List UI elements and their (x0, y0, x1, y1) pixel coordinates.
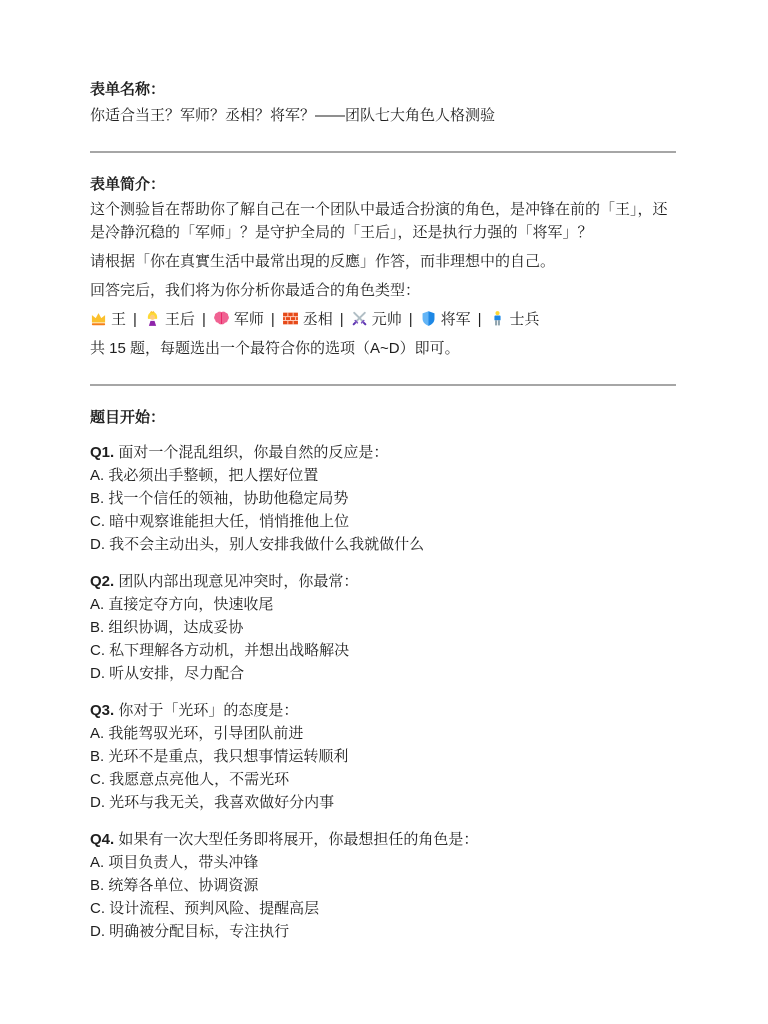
intro-label: 表单简介： (90, 173, 676, 196)
form-name-label: 表单名称： (90, 78, 676, 101)
role-label: 士兵 (510, 311, 540, 328)
question-option: B. 找一个信任的领袖，协助他稳定局势 (90, 490, 348, 507)
questions-start-label: 题目开始： (90, 406, 676, 429)
role-label: 军师 (234, 311, 264, 328)
role-separator: | (340, 311, 344, 328)
role-label: 将军 (441, 311, 471, 328)
question-option: C. 暗中观察谁能担大任，悄悄推他上位 (90, 513, 349, 530)
question-block: Q4. 如果有一次大型任务即将展开，你最想担任的角色是：A. 项目负责人，带头冲… (90, 828, 676, 943)
question-option: C. 我愿意点亮他人，不需光环 (90, 771, 289, 788)
question-number: Q4. (90, 831, 114, 848)
section-divider (90, 151, 676, 153)
shield-icon (420, 308, 437, 331)
role-label: 丞相 (303, 311, 333, 328)
question-option: C. 私下理解各方动机，并想出战略解决 (90, 642, 349, 659)
role-label: 王 (111, 311, 126, 328)
question-option: B. 统筹各单位、协调资源 (90, 877, 258, 894)
question-count-line: 共 15 题，每题选出一个最符合你的选项（A~D）即可。 (90, 337, 676, 360)
role-label: 王后 (165, 311, 195, 328)
role-separator: | (202, 311, 206, 328)
questions-list: Q1. 面对一个混乱组织，你最自然的反应是：A. 我必须出手整顿，把人摆好位置B… (90, 441, 676, 943)
question-option: D. 听从安排，尽力配合 (90, 665, 244, 682)
crossed-swords-icon (351, 308, 368, 331)
brain-icon (213, 308, 230, 331)
intro-paragraph: 这个测验旨在帮助你了解自己在一个团队中最适合扮演的角色，是冲锋在前的「王」，还是… (90, 198, 676, 244)
role-separator: | (409, 311, 413, 328)
question-number: Q1. (90, 444, 114, 461)
question-option: D. 光环与我无关，我喜欢做好分内事 (90, 794, 334, 811)
form-name-value: 你适合当王？军师？丞相？将军？——团队七大角色人格测验 (90, 104, 676, 127)
intro-paragraph: 回答完后，我们将为你分析你最适合的角色类型： (90, 279, 676, 302)
role-separator: | (271, 311, 275, 328)
roles-line: 王|王后|军师|丞相|元帅|将军|士兵 (90, 308, 676, 331)
crown-icon (90, 308, 107, 331)
question-option: A. 项目负责人，带头冲锋 (90, 854, 258, 871)
question-block: Q1. 面对一个混乱组织，你最自然的反应是：A. 我必须出手整顿，把人摆好位置B… (90, 441, 676, 556)
question-option: D. 明确被分配目标，专注执行 (90, 923, 289, 940)
question-option: A. 直接定夺方向，快速收尾 (90, 596, 273, 613)
question-number: Q2. (90, 573, 114, 590)
soldier-icon (489, 308, 506, 331)
question-option: D. 我不会主动出头，别人安排我做什么我就做什么 (90, 536, 424, 553)
document-page: 表单名称： 你适合当王？军师？丞相？将军？——团队七大角色人格测验 表单简介： … (0, 0, 768, 997)
role-separator: | (133, 311, 137, 328)
bricks-icon (282, 308, 299, 331)
question-option: B. 光环不是重点，我只想事情运转顺利 (90, 748, 348, 765)
question-block: Q3. 你对于「光环」的态度是：A. 我能驾驭光环，引导团队前进B. 光环不是重… (90, 699, 676, 814)
question-option: B. 组织协调，达成妥协 (90, 619, 243, 636)
question-number: Q3. (90, 702, 114, 719)
question-option: A. 我必须出手整顿，把人摆好位置 (90, 467, 318, 484)
princess-icon (144, 308, 161, 331)
question-block: Q2. 团队内部出现意见冲突时，你最常：A. 直接定夺方向，快速收尾B. 组织协… (90, 570, 676, 685)
question-option: A. 我能驾驭光环，引导团队前进 (90, 725, 303, 742)
role-label: 元帅 (372, 311, 402, 328)
intro-paragraph: 请根据「你在真實生活中最常出現的反應」作答，而非理想中的自己。 (90, 250, 676, 273)
section-divider (90, 384, 676, 386)
role-separator: | (478, 311, 482, 328)
question-option: C. 设计流程、预判风险、提醒高层 (90, 900, 319, 917)
